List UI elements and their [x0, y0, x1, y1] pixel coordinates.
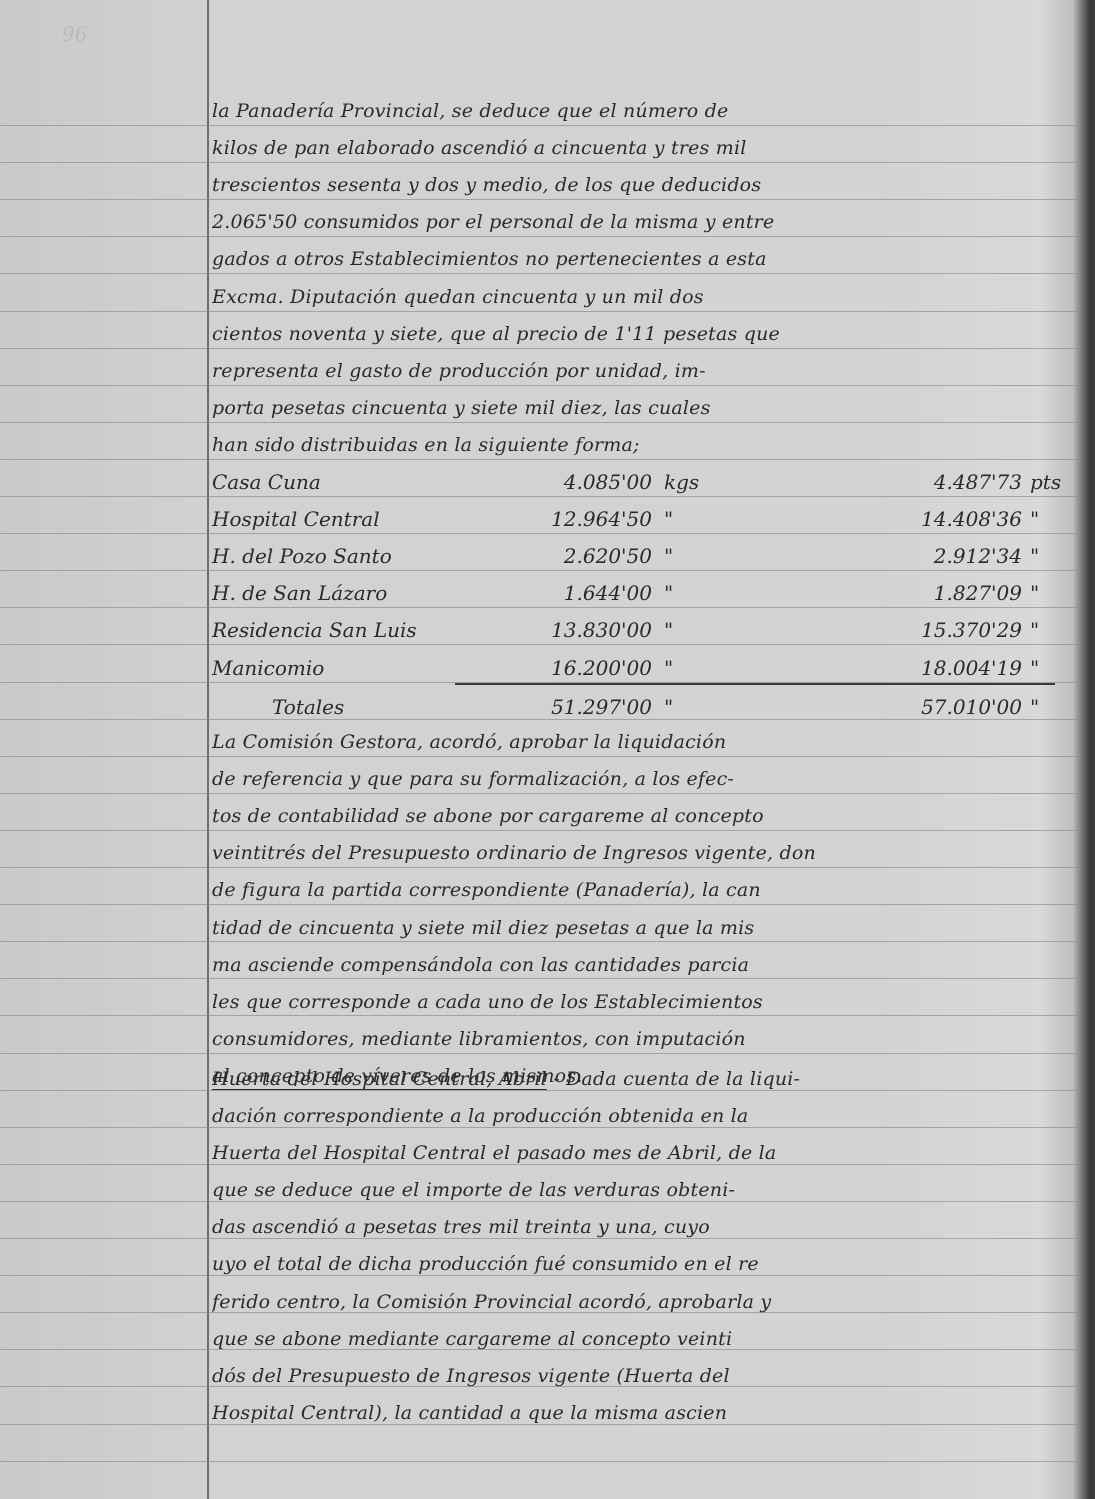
table-row: H. de San Lázaro1.644'00"1.827'09"	[212, 576, 1072, 610]
text-line: Huerta del Hospital Central el pasado me…	[212, 1136, 1082, 1170]
pesetas-unit: "	[1030, 651, 1039, 685]
pesetas-unit: "	[1030, 539, 1039, 573]
page-number: 96	[62, 22, 87, 46]
text-line: ferido centro, la Comisión Provincial ac…	[212, 1285, 1082, 1319]
kilograms-value: 51.297'00	[492, 690, 652, 724]
text-line: tidad de cincuenta y siete mil diez pese…	[212, 911, 1082, 945]
text-line: la Panadería Provincial, se deduce que e…	[212, 94, 1082, 128]
text-line: que se deduce que el importe de las verd…	[212, 1173, 1082, 1207]
pesetas-unit: "	[1030, 576, 1039, 610]
text-line: uyo el total de dicha producción fué con…	[212, 1247, 1082, 1281]
kilograms-unit: "	[664, 651, 673, 685]
establishment-name: Casa Cuna	[212, 465, 472, 499]
kilograms-unit: "	[664, 576, 673, 610]
text-line: tos de contabilidad se abone por cargare…	[212, 799, 1082, 833]
table-row: H. del Pozo Santo2.620'50"2.912'34"	[212, 539, 1072, 573]
text-line: han sido distribuidas en la siguiente fo…	[212, 428, 1082, 462]
pesetas-value: 2.912'34	[852, 539, 1022, 573]
text-line: Huerta del Hospital Central, Abril - Dad…	[212, 1062, 1082, 1096]
pesetas-unit: "	[1030, 690, 1039, 724]
pesetas-value: 14.408'36	[852, 502, 1022, 536]
text-line: Hospital Central), la cantidad a que la …	[212, 1396, 1082, 1430]
pesetas-value: 18.004'19	[852, 651, 1022, 685]
establishment-name: Manicomio	[212, 651, 472, 685]
text-line: cientos noventa y siete, que al precio d…	[212, 317, 1082, 351]
kilograms-unit: kgs	[664, 465, 699, 499]
text-line: que se abone mediante cargareme al conce…	[212, 1322, 1082, 1356]
text-line: porta pesetas cincuenta y siete mil diez…	[212, 391, 1082, 425]
kilograms-value: 12.964'50	[492, 502, 652, 536]
text-line: La Comisión Gestora, acordó, aprobar la …	[212, 725, 1082, 759]
text-line: dós del Presupuesto de Ingresos vigente …	[212, 1359, 1082, 1393]
pesetas-unit: "	[1030, 502, 1039, 536]
ruled-line	[0, 1461, 1080, 1462]
establishment-name: Residencia San Luis	[212, 613, 472, 647]
text-line: ma asciende compensándola con las cantid…	[212, 948, 1082, 982]
table-row: Residencia San Luis13.830'00"15.370'29"	[212, 613, 1072, 647]
text-line: representa el gasto de producción por un…	[212, 354, 1082, 388]
text-line: trescientos sesenta y dos y medio, de lo…	[212, 168, 1082, 202]
kilograms-value: 4.085'00	[492, 465, 652, 499]
text-line: gados a otros Establecimientos no perten…	[212, 242, 1082, 276]
text-line: das ascendió a pesetas tres mil treinta …	[212, 1210, 1082, 1244]
pesetas-value: 15.370'29	[852, 613, 1022, 647]
kilograms-unit: "	[664, 539, 673, 573]
kilograms-value: 1.644'00	[492, 576, 652, 610]
text-line: les que corresponde a cada uno de los Es…	[212, 985, 1082, 1019]
establishment-name: Hospital Central	[212, 502, 472, 536]
text-line: Excma. Diputación quedan cincuenta y un …	[212, 280, 1082, 314]
pesetas-unit: pts	[1030, 465, 1061, 499]
heading-continuation: - Dada cuenta de la liqui-	[547, 1068, 800, 1090]
kilograms-value: 2.620'50	[492, 539, 652, 573]
sum-rule	[455, 683, 1055, 685]
table-total-row: Totales51.297'00"57.010'00"	[212, 690, 1072, 724]
table-row: Hospital Central12.964'50"14.408'36"	[212, 502, 1072, 536]
text-line: veintitrés del Presupuesto ordinario de …	[212, 836, 1082, 870]
kilograms-value: 16.200'00	[492, 651, 652, 685]
kilograms-unit: "	[664, 502, 673, 536]
section-heading: Huerta del Hospital Central, Abril	[212, 1068, 547, 1090]
pesetas-value: 1.827'09	[852, 576, 1022, 610]
kilograms-unit: "	[664, 613, 673, 647]
text-line: consumidores, mediante libramientos, con…	[212, 1022, 1082, 1056]
text-line: de figura la partida correspondiente (Pa…	[212, 873, 1082, 907]
kilograms-value: 13.830'00	[492, 613, 652, 647]
establishment-name: H. de San Lázaro	[212, 576, 472, 610]
text-line: dación correspondiente a la producción o…	[212, 1099, 1082, 1133]
table-row: Casa Cuna4.085'00kgs4.487'73pts	[212, 465, 1072, 499]
table-row: Manicomio16.200'00"18.004'19"	[212, 651, 1072, 685]
text-line: de referencia y que para su formalizació…	[212, 762, 1082, 796]
text-line: kilos de pan elaborado ascendió a cincue…	[212, 131, 1082, 165]
pesetas-value: 57.010'00	[852, 690, 1022, 724]
ledger-page: 96 la Panadería Provincial, se deduce qu…	[0, 0, 1095, 1499]
text-line: 2.065'50 consumidos por el personal de l…	[212, 205, 1082, 239]
establishment-name: H. del Pozo Santo	[212, 539, 472, 573]
pesetas-unit: "	[1030, 613, 1039, 647]
pesetas-value: 4.487'73	[852, 465, 1022, 499]
kilograms-unit: "	[664, 690, 673, 724]
